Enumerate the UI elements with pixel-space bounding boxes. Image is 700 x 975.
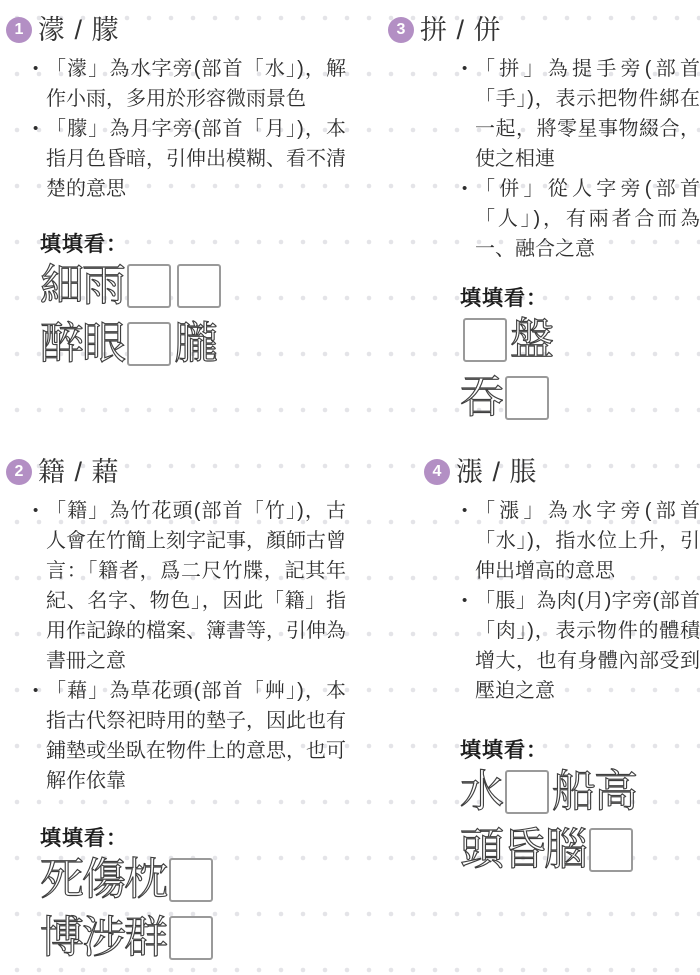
bullet-item: •「脹」為肉(月)字旁(部首「肉」)，表示物件的體積增大，也有身體內部受到壓迫之… [462, 586, 700, 706]
bullet-item: •「漲」為水字旁(部首「水」)，指水位上升，引伸出增高的意思 [462, 496, 700, 586]
practice-character: 盤 [510, 314, 552, 366]
bullet-text-segment: 「濛」為水字旁(部首「水」)，解作小雨，多用於形容微雨景色 [46, 58, 346, 110]
answer-box [589, 828, 633, 872]
bullet-text-segment: 「併」從人字旁(部首「人」)，有兩者合而為一、融合之意 [475, 178, 700, 260]
bullet-text-segment: 「藉」為草花頭(部首「艸」)，本指古代祭祀時用的墊子，因此也有鋪墊或坐臥在物件上… [46, 680, 346, 792]
fill-rows: 水船高頭昏腦 [460, 766, 700, 876]
bullet-dot-icon: • [33, 496, 46, 676]
section-number-badge: 2 [6, 459, 32, 485]
answer-box [177, 264, 221, 308]
bullet-text-segment: 「漲」為水字旁(部首「水」)，指水位上升，引伸出增高的意思 [475, 500, 700, 582]
section-number-badge: 4 [424, 459, 450, 485]
fill-rows: 死傷枕博涉群 [40, 854, 346, 964]
practice-character: 群 [124, 912, 166, 964]
answer-box [463, 318, 507, 362]
section-title: 漲 / 脹 [456, 456, 538, 488]
practice-character: 死 [40, 854, 82, 906]
fill-row: 博涉群 [40, 912, 346, 964]
fill-in-label: 填填看： [460, 738, 700, 764]
answer-box [505, 770, 549, 814]
practice-character: 雨 [82, 260, 124, 312]
practice-character: 細 [40, 260, 82, 312]
practice-character: 船 [552, 766, 594, 818]
fill-in-block: 填填看： 細雨醉眼朧 [6, 232, 346, 370]
fill-in-label: 填填看： [40, 232, 346, 258]
bullet-item: •「拼」為提手旁(部首「手」)，表示把物件綁在一起，將零星事物綴合，使之相連 [462, 54, 700, 174]
section-number-badge: 3 [388, 17, 414, 43]
section-pin-bing: 3 拼 / 併 •「拼」為提手旁(部首「手」)，表示把物件綁在一起，將零星事物綴… [388, 14, 700, 430]
fill-row: 細雨 [40, 260, 346, 312]
fill-row: 死傷枕 [40, 854, 346, 906]
bullet-text: 「藉」為草花頭(部首「艸」)，本指古代祭祀時用的墊子，因此也有鋪墊或坐臥在物件上… [46, 676, 346, 796]
answer-box [127, 322, 171, 366]
section-ji-jie: 2 籍 / 藉 •「籍」為竹花頭(部首「竹」)，古人會在竹簡上刻字記事，顏師古曾… [6, 456, 346, 970]
bullet-list: •「拼」為提手旁(部首「手」)，表示把物件綁在一起，將零星事物綴合，使之相連•「… [388, 54, 700, 264]
section-mung-meng: 1 濛 / 朦 •「濛」為水字旁(部首「水」)，解作小雨，多用於形容微雨景色•「… [6, 14, 346, 376]
bullet-text-segment: 「朦」為月字旁(部首「月」)，本指月色昏暗，引伸出模糊、看不清楚的意思 [46, 118, 346, 200]
bullet-item: •「併」從人字旁(部首「人」)，有兩者合而為一、融合之意 [462, 174, 700, 264]
fill-row: 醉眼朧 [40, 318, 346, 370]
bullet-text-segment: 「拼」為提手旁(部首「手」)，表示把物件綁在一起，將零星事物綴合，使之相連 [475, 58, 700, 170]
bullet-dot-icon: • [462, 174, 475, 264]
bullet-item: •「濛」為水字旁(部首「水」)，解作小雨，多用於形容微雨景色 [33, 54, 346, 114]
fill-in-block: 填填看： 盤吞 [388, 286, 700, 424]
bullet-list: •「漲」為水字旁(部首「水」)，指水位上升，引伸出增高的意思•「脹」為肉(月)字… [424, 496, 700, 706]
fill-row: 盤 [460, 314, 700, 366]
bullet-text: 「拼」為提手旁(部首「手」)，表示把物件綁在一起，將零星事物綴合，使之相連 [475, 54, 700, 174]
practice-character: 枕 [124, 854, 166, 906]
bullet-dot-icon: • [462, 586, 475, 706]
bullet-list: •「籍」為竹花頭(部首「竹」)，古人會在竹簡上刻字記事，顏師古曾言：「籍者，爲二… [6, 496, 346, 796]
section-title: 籍 / 藉 [38, 456, 120, 488]
bullet-text: 「脹」為肉(月)字旁(部首「肉」)，表示物件的體積增大，也有身體內部受到壓迫之意 [475, 586, 700, 706]
fill-rows: 細雨醉眼朧 [40, 260, 346, 370]
section-title: 拼 / 併 [420, 14, 502, 46]
fill-in-label: 填填看： [460, 286, 700, 312]
section-title: 濛 / 朦 [38, 14, 120, 46]
bullet-dot-icon: • [33, 54, 46, 114]
answer-box [169, 858, 213, 902]
fill-row: 吞 [460, 372, 700, 424]
answer-box [505, 376, 549, 420]
practice-character: 昏 [502, 824, 544, 876]
practice-character: 高 [594, 766, 636, 818]
bullet-text: 「朦」為月字旁(部首「月」)，本指月色昏暗，引伸出模糊、看不清楚的意思 [46, 114, 346, 204]
practice-character: 眼 [82, 318, 124, 370]
fill-rows: 盤吞 [460, 314, 700, 424]
bullet-dot-icon: • [462, 496, 475, 586]
fill-in-block: 填填看： 死傷枕博涉群 [6, 826, 346, 964]
section-zhang-zhang: 4 漲 / 脹 •「漲」為水字旁(部首「水」)，指水位上升，引伸出增高的意思•「… [424, 456, 700, 882]
bullet-dot-icon: • [462, 54, 475, 174]
fill-row: 水船高 [460, 766, 700, 818]
bullet-text-segment: 「脹」為肉(月)字旁(部首「肉」)，表示物件的體積增大，也有身體內部受到壓迫之意 [475, 590, 700, 702]
bullet-text: 「漲」為水字旁(部首「水」)，指水位上升，引伸出增高的意思 [475, 496, 700, 586]
answer-box [127, 264, 171, 308]
bullet-item: •「朦」為月字旁(部首「月」)，本指月色昏暗，引伸出模糊、看不清楚的意思 [33, 114, 346, 204]
bullet-text: 「濛」為水字旁(部首「水」)，解作小雨，多用於形容微雨景色 [46, 54, 346, 114]
practice-character: 吞 [460, 372, 502, 424]
section-header: 4 漲 / 脹 [424, 456, 700, 488]
bullet-item: •「籍」為竹花頭(部首「竹」)，古人會在竹簡上刻字記事，顏師古曾言：「籍者，爲二… [33, 496, 346, 676]
practice-character: 涉 [82, 912, 124, 964]
practice-character: 朧 [174, 318, 216, 370]
bullet-text: 「併」從人字旁(部首「人」)，有兩者合而為一、融合之意 [475, 174, 700, 264]
fill-in-block: 填填看： 水船高頭昏腦 [424, 738, 700, 876]
worksheet-page: { "fill_label": "填填看：", "colors": { "bad… [0, 0, 700, 975]
section-header: 2 籍 / 藉 [6, 456, 346, 488]
practice-character: 傷 [82, 854, 124, 906]
section-number-badge: 1 [6, 17, 32, 43]
practice-character: 頭 [460, 824, 502, 876]
bullet-dot-icon: • [33, 676, 46, 796]
fill-row: 頭昏腦 [460, 824, 700, 876]
practice-character: 博 [40, 912, 82, 964]
bullet-text: 「籍」為竹花頭(部首「竹」)，古人會在竹簡上刻字記事，顏師古曾言：「籍者，爲二尺… [46, 496, 346, 676]
bullet-list: •「濛」為水字旁(部首「水」)，解作小雨，多用於形容微雨景色•「朦」為月字旁(部… [6, 54, 346, 204]
bullet-dot-icon: • [33, 114, 46, 204]
answer-box [169, 916, 213, 960]
practice-character: 醉 [40, 318, 82, 370]
section-header: 1 濛 / 朦 [6, 14, 346, 46]
fill-in-label: 填填看： [40, 826, 346, 852]
section-header: 3 拼 / 併 [388, 14, 700, 46]
bullet-item: •「藉」為草花頭(部首「艸」)，本指古代祭祀時用的墊子，因此也有鋪墊或坐臥在物件… [33, 676, 346, 796]
practice-character: 水 [460, 766, 502, 818]
practice-character: 腦 [544, 824, 586, 876]
